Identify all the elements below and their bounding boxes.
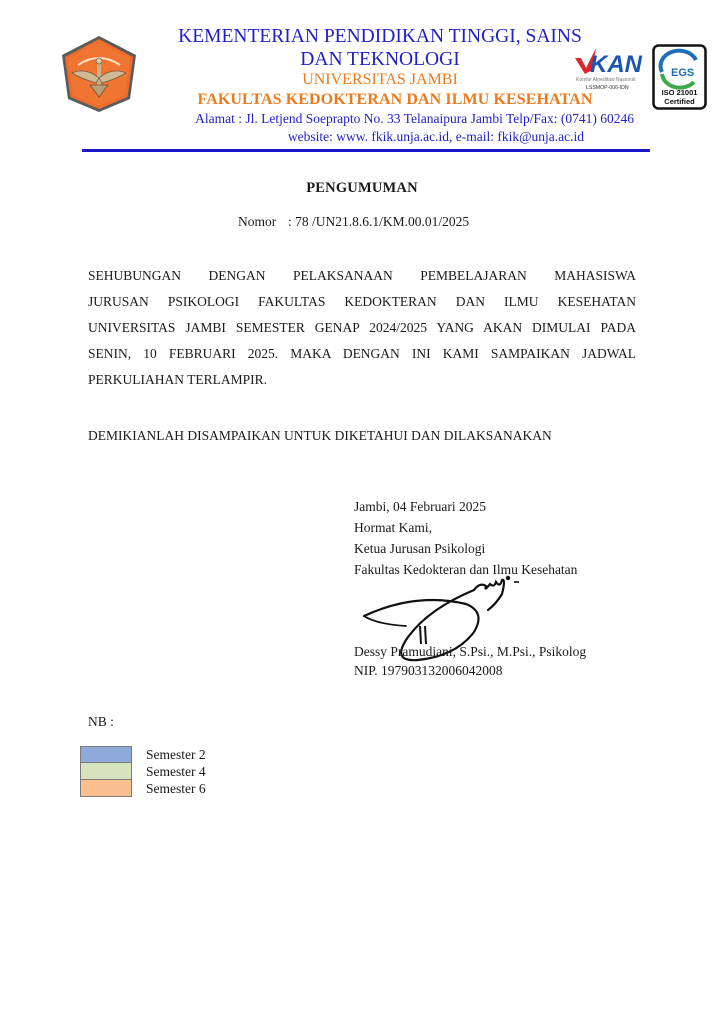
legend-label: Semester 4 — [146, 763, 206, 780]
number-value: : 78 /UN21.8.6.1/KM.00.01/2025 — [288, 214, 469, 229]
greeting: Hormat Kami, — [354, 517, 577, 538]
closing-statement: DEMIKIANLAH DISAMPAIKAN UNTUK DIKETAHUI … — [88, 428, 552, 444]
body-line: UNIVERSITAS JAMBI SEMESTER GENAP 2024/20… — [88, 315, 636, 341]
signer-position: Ketua Jurusan Psikologi — [354, 538, 577, 559]
iso-21001-certified-badge: EGS ISO 21001 Certified — [652, 44, 707, 110]
announcement-number: Nomor: 78 /UN21.8.6.1/KM.00.01/2025 — [238, 214, 469, 230]
signature-block: Jambi, 04 Februari 2025 Hormat Kami, Ket… — [354, 496, 577, 580]
svg-text:LSSMOP-006-IDN: LSSMOP-006-IDN — [586, 85, 629, 91]
legend-label: Semester 6 — [146, 780, 206, 797]
ministry-name-line1: KEMENTERIAN PENDIDIKAN TINGGI, SAINS — [120, 26, 640, 48]
university-name: UNIVERSITAS JAMBI — [120, 71, 640, 89]
notes-label: NB : — [88, 714, 114, 730]
faculty-name: FAKULTAS KEDOKTERAN DAN ILMU KESEHATAN — [100, 90, 690, 110]
signer-name: Dessy Pramudiani, S.Psi., M.Psi., Psikol… — [354, 642, 586, 661]
egs-iso-icon: EGS ISO 21001 Certified — [652, 44, 707, 110]
announcement-body: SEHUBUNGAN DENGAN PELAKSANAAN PEMBELAJAR… — [88, 263, 636, 393]
svg-text:KAN: KAN — [590, 51, 643, 78]
legend-swatch — [80, 780, 132, 797]
kan-accreditation-badge: KAN Komite Akreditasi Nasional LSSMOP-00… — [572, 44, 648, 92]
svg-text:EGS: EGS — [671, 67, 694, 79]
svg-text:ISO 21001: ISO 21001 — [662, 88, 698, 97]
body-line: JURUSAN PSIKOLOGI FAKULTAS KEDOKTERAN DA… — [88, 289, 636, 315]
faculty-address: Alamat : Jl. Letjend Soeprapto No. 33 Te… — [124, 110, 634, 127]
ministry-name-line2: DAN TEKNOLOGI — [120, 49, 640, 71]
legend-label: Semester 2 — [146, 746, 206, 763]
body-line: PERKULIAHAN TERLAMPIR. — [88, 367, 636, 393]
signer-details: Dessy Pramudiani, S.Psi., M.Psi., Psikol… — [354, 642, 586, 680]
legend-swatch — [80, 763, 132, 780]
place-date: Jambi, 04 Februari 2025 — [354, 496, 577, 517]
body-line: SENIN, 10 FEBRUARI 2025. MAKA DENGAN INI… — [88, 341, 636, 367]
letterhead-divider — [82, 149, 650, 152]
svg-text:Komite Akreditasi Nasional: Komite Akreditasi Nasional — [576, 77, 635, 83]
svg-text:Certified: Certified — [664, 97, 695, 106]
body-line: SEHUBUNGAN DENGAN PELAKSANAAN PEMBELAJAR… — [88, 263, 636, 289]
legend-swatch — [80, 746, 132, 763]
signer-nip: NIP. 197903132006042008 — [354, 661, 586, 680]
announcement-title: PENGUMUMAN — [0, 180, 724, 197]
number-label: Nomor — [238, 214, 288, 230]
kan-logo-icon: KAN Komite Akreditasi Nasional LSSMOP-00… — [572, 44, 648, 92]
faculty-website-email: website: www. fkik.unja.ac.id, e-mail: f… — [124, 128, 584, 145]
